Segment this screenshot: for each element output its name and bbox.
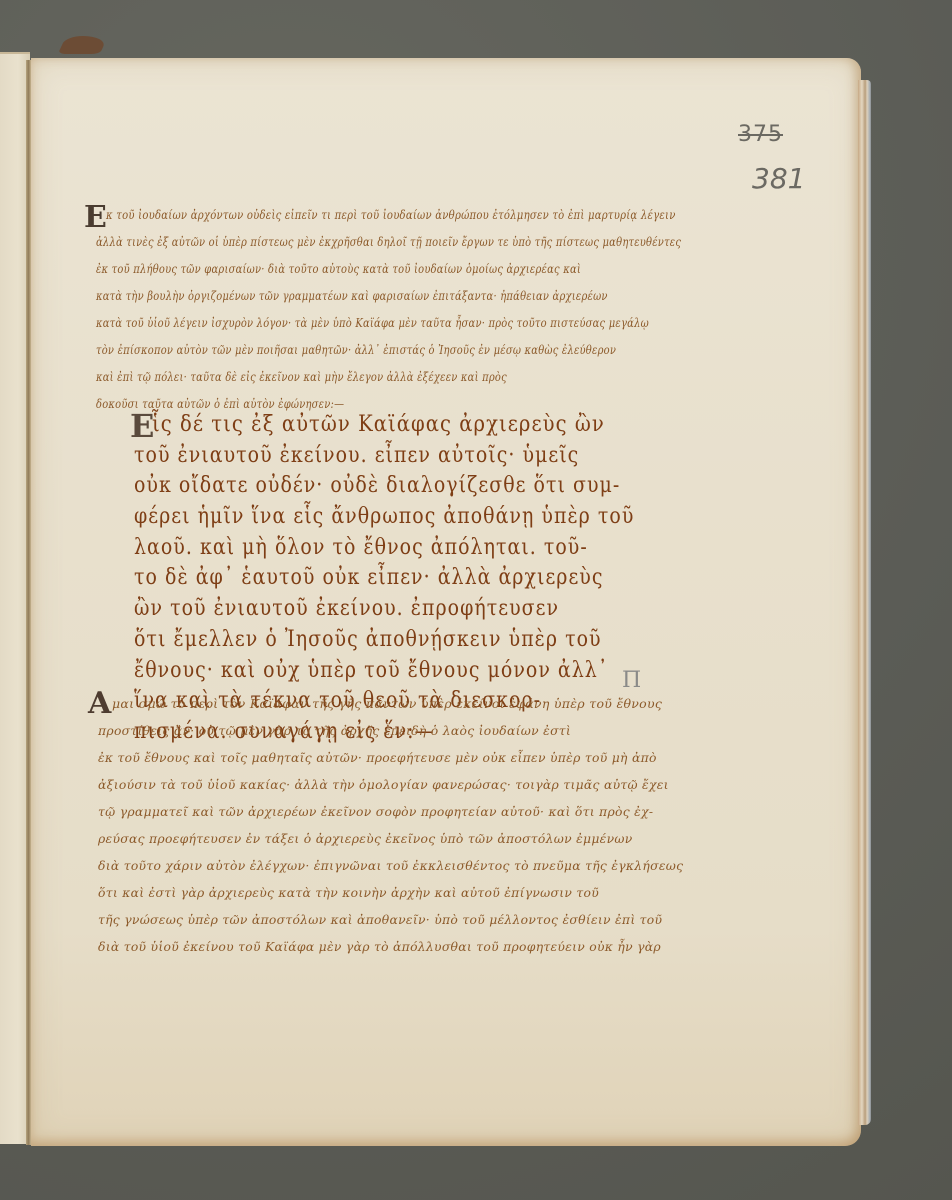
commentary-line: διὰ τοῦτο χάριν αὐτὸν ἐλέγχων· ἐπιγνῶναι… bbox=[98, 852, 683, 879]
commentary-line: ἀλλὰ τινὲς ἐξ αὐτῶν οἱ ὑπὲρ πίστεως μὲν … bbox=[96, 228, 681, 255]
main-text-line: ἔθνους· καὶ οὐχ ὑπὲρ τοῦ ἔθνους μόνον ἀλ… bbox=[134, 656, 634, 687]
commentary-line: κατὰ τὴν βουλὴν ὀργιζομένων τῶν γραμματέ… bbox=[96, 282, 681, 309]
commentary-line: διὰ τοῦ ὑἱοῦ ἐκείνου τοῦ Καϊάφα μὲν γὰρ … bbox=[98, 933, 683, 960]
binding-thread bbox=[58, 36, 108, 54]
commentary-block-top: κ τοῦ ἰουδαίων ἀρχόντων οὐδεὶς εἰπεῖν τι… bbox=[106, 201, 834, 417]
main-text-line: ἷς δέ τις ἐξ αὐτῶν Καϊάφας ἀρχιερεὺς ὢν bbox=[152, 410, 652, 441]
commentary-line: μαι σμῶ τὸ περὶ τὸν Καϊάφαν τῆς γῆς πάντ… bbox=[112, 690, 691, 717]
commentary-line: προστίθεις ἂν· οὐ τῷ μὲν γὰρ τὸ τῆς ἀρχῆ… bbox=[98, 717, 683, 744]
commentary-line: τὸν ἐπίσκοπον αὐτὸν τῶν μὲν ποιῆσαι μαθη… bbox=[96, 336, 681, 363]
main-text-line: λαοῦ. καὶ μὴ ὅλον τὸ ἔθνος ἀπόληται. τοῦ… bbox=[134, 533, 634, 564]
commentary-line: κατὰ τοῦ ὑἱοῦ λέγειν ἰσχυρὸν λόγον· τὰ μ… bbox=[96, 309, 681, 336]
decorated-initial: Ε bbox=[130, 407, 154, 445]
folio-number-struck: 375 bbox=[738, 122, 783, 147]
main-text-line: ὢν τοῦ ἐνιαυτοῦ ἐκείνου. ἐπροφήτευσεν bbox=[134, 594, 634, 625]
commentary-line: ρεύσας προεφήτευσεν ἐν τάξει ὁ ἀρχιερεὺς… bbox=[98, 825, 683, 852]
page-edges-stack bbox=[858, 80, 871, 1125]
decorated-initial: Α bbox=[88, 686, 111, 721]
commentary-line: τῆς γνώσεως ὑπὲρ τῶν ἀποστόλων καὶ ἀποθα… bbox=[98, 906, 683, 933]
commentary-line: ἀξιούσιν τὰ τοῦ ὑἱοῦ κακίας· ἀλλὰ τὴν ὁμ… bbox=[98, 771, 683, 798]
commentary-line: ὅτι καὶ ἐστὶ γὰρ ἀρχιερεὺς κατὰ τὴν κοιν… bbox=[98, 879, 683, 906]
commentary-line: ἐκ τοῦ ἔθνους καὶ τοῖς μαθηταῖς αὐτῶν· π… bbox=[98, 744, 683, 771]
main-text-line: φέρει ἡμῖν ἵνα εἷς ἄνθρωπος ἀποθάνῃ ὑπὲρ… bbox=[134, 502, 634, 533]
commentary-line: καὶ ἐπὶ τῷ πόλει· ταῦτα δὲ εἰς ἐκεῖνον κ… bbox=[96, 363, 681, 390]
folio-number: 381 bbox=[752, 162, 805, 195]
main-text-line: ὅτι ἔμελλεν ὁ Ἰησοῦς ἀποθνῄσκειν ὑπὲρ το… bbox=[134, 625, 634, 656]
main-text-line: τοῦ ἐνιαυτοῦ ἐκείνου. εἶπεν αὐτοῖς· ὑμεῖ… bbox=[134, 441, 634, 472]
commentary-line: ἐκ τοῦ πλήθους τῶν φαρισαίων· διὰ τοῦτο … bbox=[96, 255, 681, 282]
commentary-line: τῷ γραμματεῖ καὶ τῶν ἀρχιερέων ἐκεῖνον σ… bbox=[98, 798, 683, 825]
main-text-line: οὐκ οἴδατε οὐδέν· οὐδὲ διαλογίζεσθε ὅτι … bbox=[134, 471, 634, 502]
commentary-line: κ τοῦ ἰουδαίων ἀρχόντων οὐδεὶς εἰπεῖν τι… bbox=[106, 201, 691, 228]
commentary-block-bottom: μαι σμῶ τὸ περὶ τὸν Καϊάφαν τῆς γῆς πάντ… bbox=[112, 690, 691, 960]
main-text-line: το δὲ ἀφ᾿ ἑαυτοῦ οὐκ εἶπεν· ἀλλὰ ἀρχιερε… bbox=[134, 563, 634, 594]
